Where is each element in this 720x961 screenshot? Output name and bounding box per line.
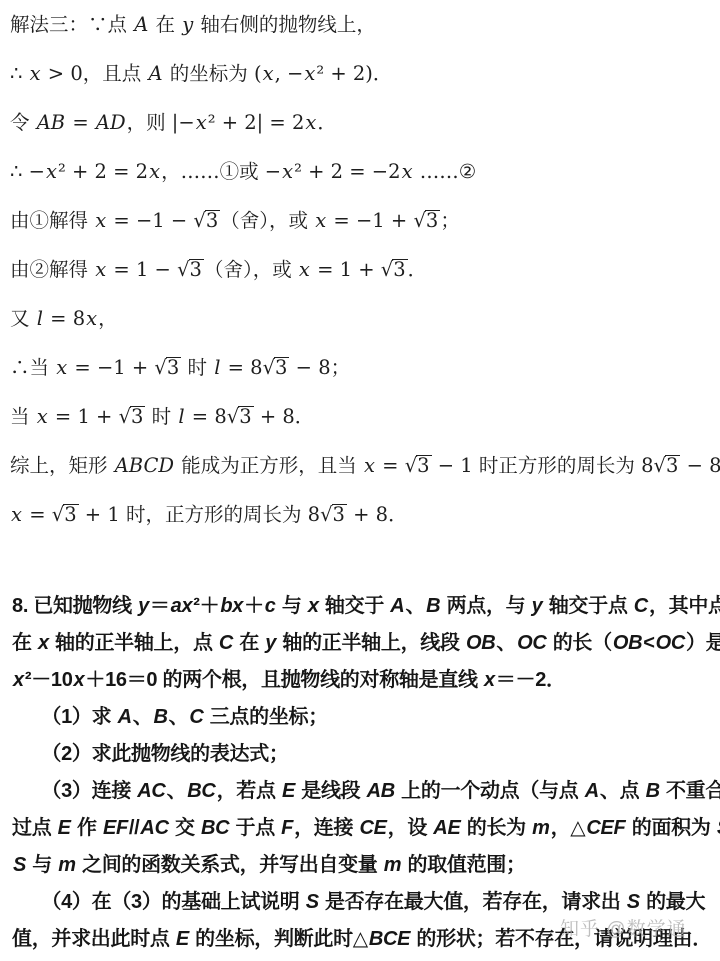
solution-line: 由①解得 x = −1 − √3（舍），或 x = −1 + √3； — [0, 196, 720, 245]
zhihu-watermark: 知乎 @数学通 — [560, 914, 687, 941]
solution-line: 综上，矩形 ABCD 能成为正方形，且当 x = √3 − 1 时正方形的周长为… — [0, 441, 720, 490]
problem-line: 8. 已知抛物线 y＝ax²＋bx＋c 与 x 轴交于 A、B 两点，与 y 轴… — [0, 588, 720, 625]
problem-line: x²－10x＋16＝0 的两个根，且抛物线的对称轴是直线 x＝－2． — [0, 662, 720, 699]
solution-line: 当 x = 1 + √3 时 l = 8√3 + 8． — [0, 392, 720, 441]
problem-line: 过点 E 作 EF//AC 交 BC 于点 F，连接 CE，设 AE 的长为 m… — [0, 810, 720, 847]
solution-line: x = √3 + 1 时，正方形的周长为 8√3 + 8． — [0, 490, 720, 539]
solution-line: ∴ x > 0，且点 A 的坐标为 (x, −x² + 2)． — [0, 49, 720, 98]
problem-line: 在 x 轴的正半轴上，点 C 在 y 轴的正半轴上，线段 OB、OC 的长（OB… — [0, 625, 720, 662]
problem-subquestion-line: （2）求此抛物线的表达式； — [0, 736, 720, 773]
solution-line: ∴ −x² + 2 = 2x，……①或 −x² + 2 = −2x ……② — [0, 147, 720, 196]
problem-line: S 与 m 之间的函数关系式，并写出自变量 m 的取值范围； — [0, 847, 720, 884]
solution-line: 令 AB = AD，则 |−x² + 2| = 2x． — [0, 98, 720, 147]
solution-line: 解法三：∵点 A 在 y 轴右侧的抛物线上， — [0, 0, 720, 49]
problem-subquestion-line: （1）求 A、B、C 三点的坐标； — [0, 699, 720, 736]
solution-line: 又 l = 8x， — [0, 294, 720, 343]
math-document: 解法三：∵点 A 在 y 轴右侧的抛物线上， ∴ x > 0，且点 A 的坐标为… — [0, 0, 720, 961]
problem-subquestion-line: （3）连接 AC、BC，若点 E 是线段 AB 上的一个动点（与点 A、点 B … — [0, 773, 720, 810]
solution-line: 由②解得 x = 1 − √3（舍），或 x = 1 + √3． — [0, 245, 720, 294]
solution-section: 解法三：∵点 A 在 y 轴右侧的抛物线上， ∴ x > 0，且点 A 的坐标为… — [0, 0, 720, 539]
problem8-section: 8. 已知抛物线 y＝ax²＋bx＋c 与 x 轴交于 A、B 两点，与 y 轴… — [0, 588, 720, 958]
solution-line: ∴当 x = −1 + √3 时 l = 8√3 − 8； — [0, 343, 720, 392]
